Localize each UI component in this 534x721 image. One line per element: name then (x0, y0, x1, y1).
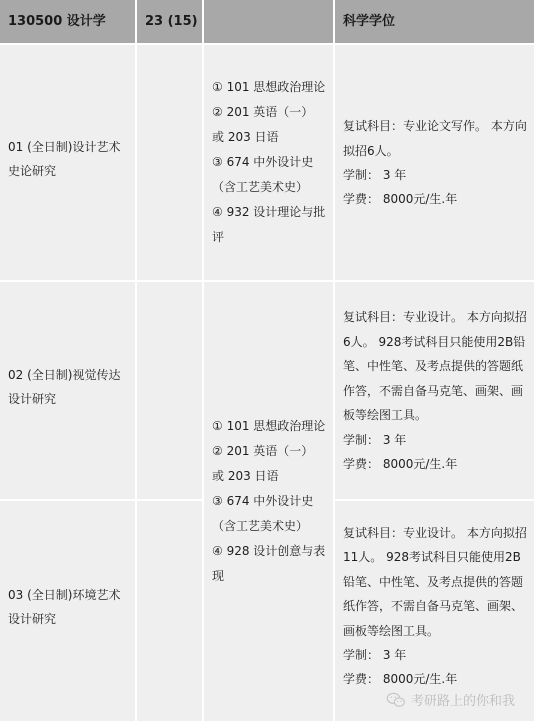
tuition-text: 学费： 8000元/生.年 (343, 187, 528, 211)
tuition-text: 学费： 8000元/生.年 (343, 452, 528, 476)
header-quota: 23 (15) (137, 0, 202, 43)
remark-line: 拟招6人。 (343, 139, 528, 164)
exam-subject-line: 现 (212, 564, 329, 589)
row-1-direction: 01 (全日制)设计艺术 史论研究 (0, 45, 135, 280)
exam-subject-line: ③ 674 中外设计史 (212, 489, 329, 514)
remark-line: 作答，不需自备马克笔、画架、画 (343, 379, 528, 404)
direction-name-line: 03 (全日制)环境艺术 (8, 583, 127, 607)
remark-line: 复试科目：专业设计。 本方向拟招 (343, 305, 528, 330)
exam-subject-line: 或 203 日语 (212, 464, 329, 489)
direction-name-line: 设计研究 (8, 607, 127, 631)
header-degree: 科学学位 (335, 0, 534, 43)
exam-subject-line: 评 (212, 225, 329, 250)
remark-line: 纸作答，不需自备马克笔、画架、 (343, 594, 528, 619)
row-3-notes: 复试科目：专业设计。 本方向拟招 11人。 928考试科目只能使用2B 铅笔、中… (335, 501, 534, 721)
row-1-exam-subjects: ① 101 思想政治理论 ② 201 英语（一） 或 203 日语 ③ 674 … (204, 45, 333, 280)
remark-line: 复试科目：专业论文写作。 本方向 (343, 114, 528, 139)
exam-subject-line: ③ 674 中外设计史 (212, 150, 329, 175)
exam-subject-line: （含工艺美术史） (212, 175, 329, 200)
header-major: 130500 设计学 (0, 0, 135, 43)
header-degree-label: 科学学位 (343, 10, 395, 34)
exam-subject-line: ④ 928 设计创意与表 (212, 539, 329, 564)
direction-name-line: 设计研究 (8, 387, 127, 411)
remark-line: 笔、中性笔、及考点提供的答题纸 (343, 354, 528, 379)
row-3-direction: 03 (全日制)环境艺术 设计研究 (0, 501, 135, 721)
row-2-notes: 复试科目：专业设计。 本方向拟招 6人。 928考试科目只能使用2B铅 笔、中性… (335, 282, 534, 499)
remark-line: 板等绘图工具。 (343, 403, 528, 428)
exam-subject-line: （含工艺美术史） (212, 514, 329, 539)
remark-line: 复试科目：专业设计。 本方向拟招 (343, 521, 528, 546)
duration-text: 学制： 3 年 (343, 163, 528, 187)
tuition-text: 学费： 8000元/生.年 (343, 667, 528, 691)
duration-text: 学制： 3 年 (343, 643, 528, 667)
direction-name-line: 史论研究 (8, 159, 127, 183)
remark-line: 画板等绘图工具。 (343, 619, 528, 644)
remark-line: 6人。 928考试科目只能使用2B铅 (343, 330, 528, 355)
remark-line: 铅笔、中性笔、及考点提供的答题 (343, 570, 528, 595)
watermark-text: 考研路上的你和我 (411, 690, 515, 709)
direction-name-line: 02 (全日制)视觉传达 (8, 363, 127, 387)
exam-subject-line: 或 203 日语 (212, 125, 329, 150)
header-major-label: 130500 设计学 (8, 10, 106, 34)
watermark: 考研路上的你和我 (386, 690, 515, 709)
row-2-3-exam-subjects: ① 101 思想政治理论 ② 201 英语（一） 或 203 日语 ③ 674 … (204, 282, 333, 721)
program-table: 130500 设计学 23 (15) 科学学位 01 (全日制)设计艺术 史论研… (0, 0, 534, 721)
row-1-quota (137, 45, 202, 280)
remark-line: 11人。 928考试科目只能使用2B (343, 545, 528, 570)
row-3-quota (137, 501, 202, 721)
header-exam-subjects (204, 0, 333, 43)
exam-subject-line: ④ 932 设计理论与批 (212, 200, 329, 225)
direction-name-line: 01 (全日制)设计艺术 (8, 135, 127, 159)
exam-subject-line: ① 101 思想政治理论 (212, 75, 329, 100)
exam-subject-line: ② 201 英语（一） (212, 439, 329, 464)
wechat-icon (386, 691, 406, 709)
duration-text: 学制： 3 年 (343, 428, 528, 452)
exam-subject-line: ① 101 思想政治理论 (212, 414, 329, 439)
row-2-quota (137, 282, 202, 499)
row-1-notes: 复试科目：专业论文写作。 本方向 拟招6人。 学制： 3 年 学费： 8000元… (335, 45, 534, 280)
header-quota-label: 23 (15) (145, 10, 198, 34)
exam-subject-line: ② 201 英语（一） (212, 100, 329, 125)
row-2-direction: 02 (全日制)视觉传达 设计研究 (0, 282, 135, 499)
